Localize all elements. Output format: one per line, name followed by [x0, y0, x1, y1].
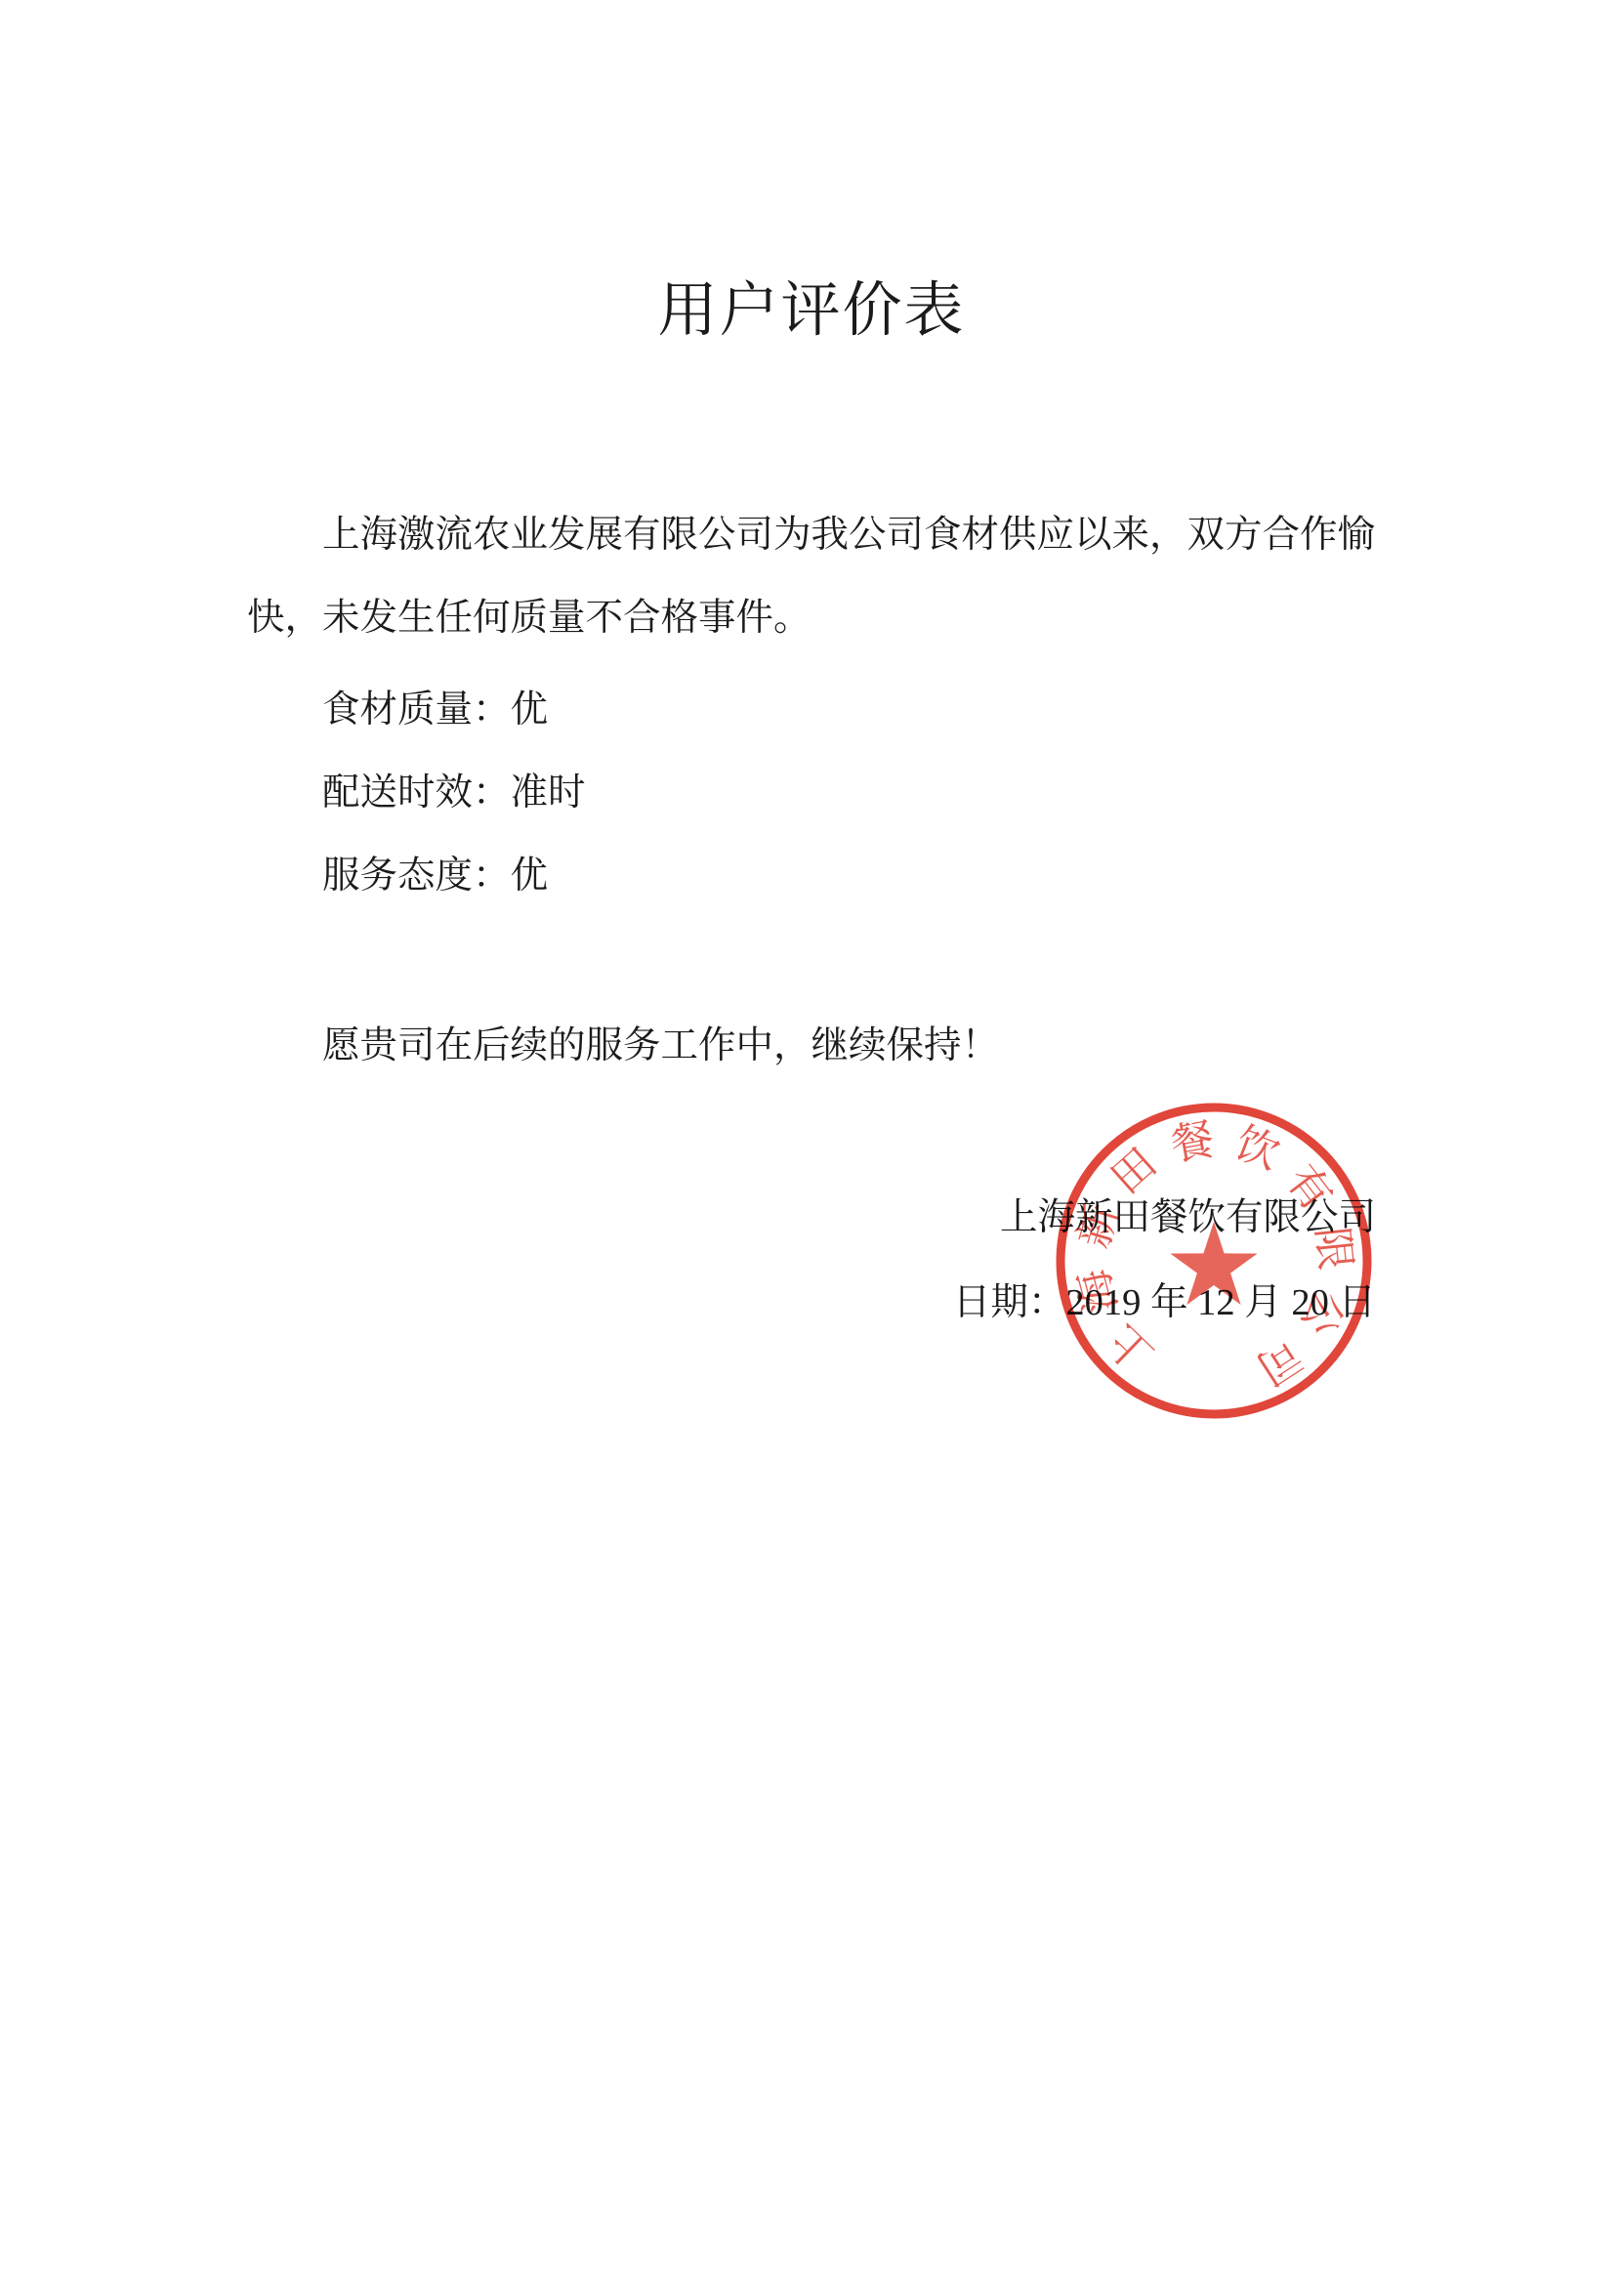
- document-page: 用户评价表 上海激流农业发展有限公司为我公司食材供应以来，双方合作愉 快，未发生…: [0, 0, 1623, 2296]
- rating-separator: ：: [473, 772, 511, 814]
- seal-arc-char: 公: [1291, 1283, 1352, 1343]
- document-title: 用户评价表: [0, 276, 1623, 347]
- paragraph-line: 上海激流农业发展有限公司为我公司食材供应以来，双方合作愉: [247, 513, 1451, 558]
- rating-value: 准时: [511, 772, 586, 814]
- rating-separator: ：: [473, 689, 511, 731]
- rating-label: 食材质量: [322, 689, 473, 731]
- seal-arc-char: 限: [1308, 1225, 1359, 1273]
- seal-arc-char: 餐: [1167, 1115, 1218, 1170]
- rating-separator: ：: [473, 856, 511, 897]
- rating-label: 配送时效: [322, 772, 473, 814]
- company-seal-stamp: 上海新田餐饮有限公司: [1051, 1098, 1377, 1424]
- rating-label: 服务态度: [322, 856, 473, 897]
- closing-wish-line: 愿贵司在后续的服务工作中，继续保持！: [247, 1023, 1451, 1068]
- seal-arc-char: 饮: [1228, 1119, 1286, 1180]
- seal-star-icon: [1170, 1222, 1257, 1305]
- seal-arc-char: 新: [1069, 1198, 1128, 1253]
- rating-line-food-quality: 食材质量：优: [247, 688, 1451, 732]
- seal-arc-char: 海: [1069, 1264, 1127, 1317]
- rating-line-service-attitude: 服务态度：优: [247, 854, 1451, 898]
- rating-line-delivery-timeliness: 配送时效：准时: [247, 771, 1451, 815]
- paragraph-line: 快，未发生任何质量不合格事件。: [247, 596, 1376, 641]
- rating-value: 优: [511, 856, 549, 897]
- rating-value: 优: [511, 689, 549, 731]
